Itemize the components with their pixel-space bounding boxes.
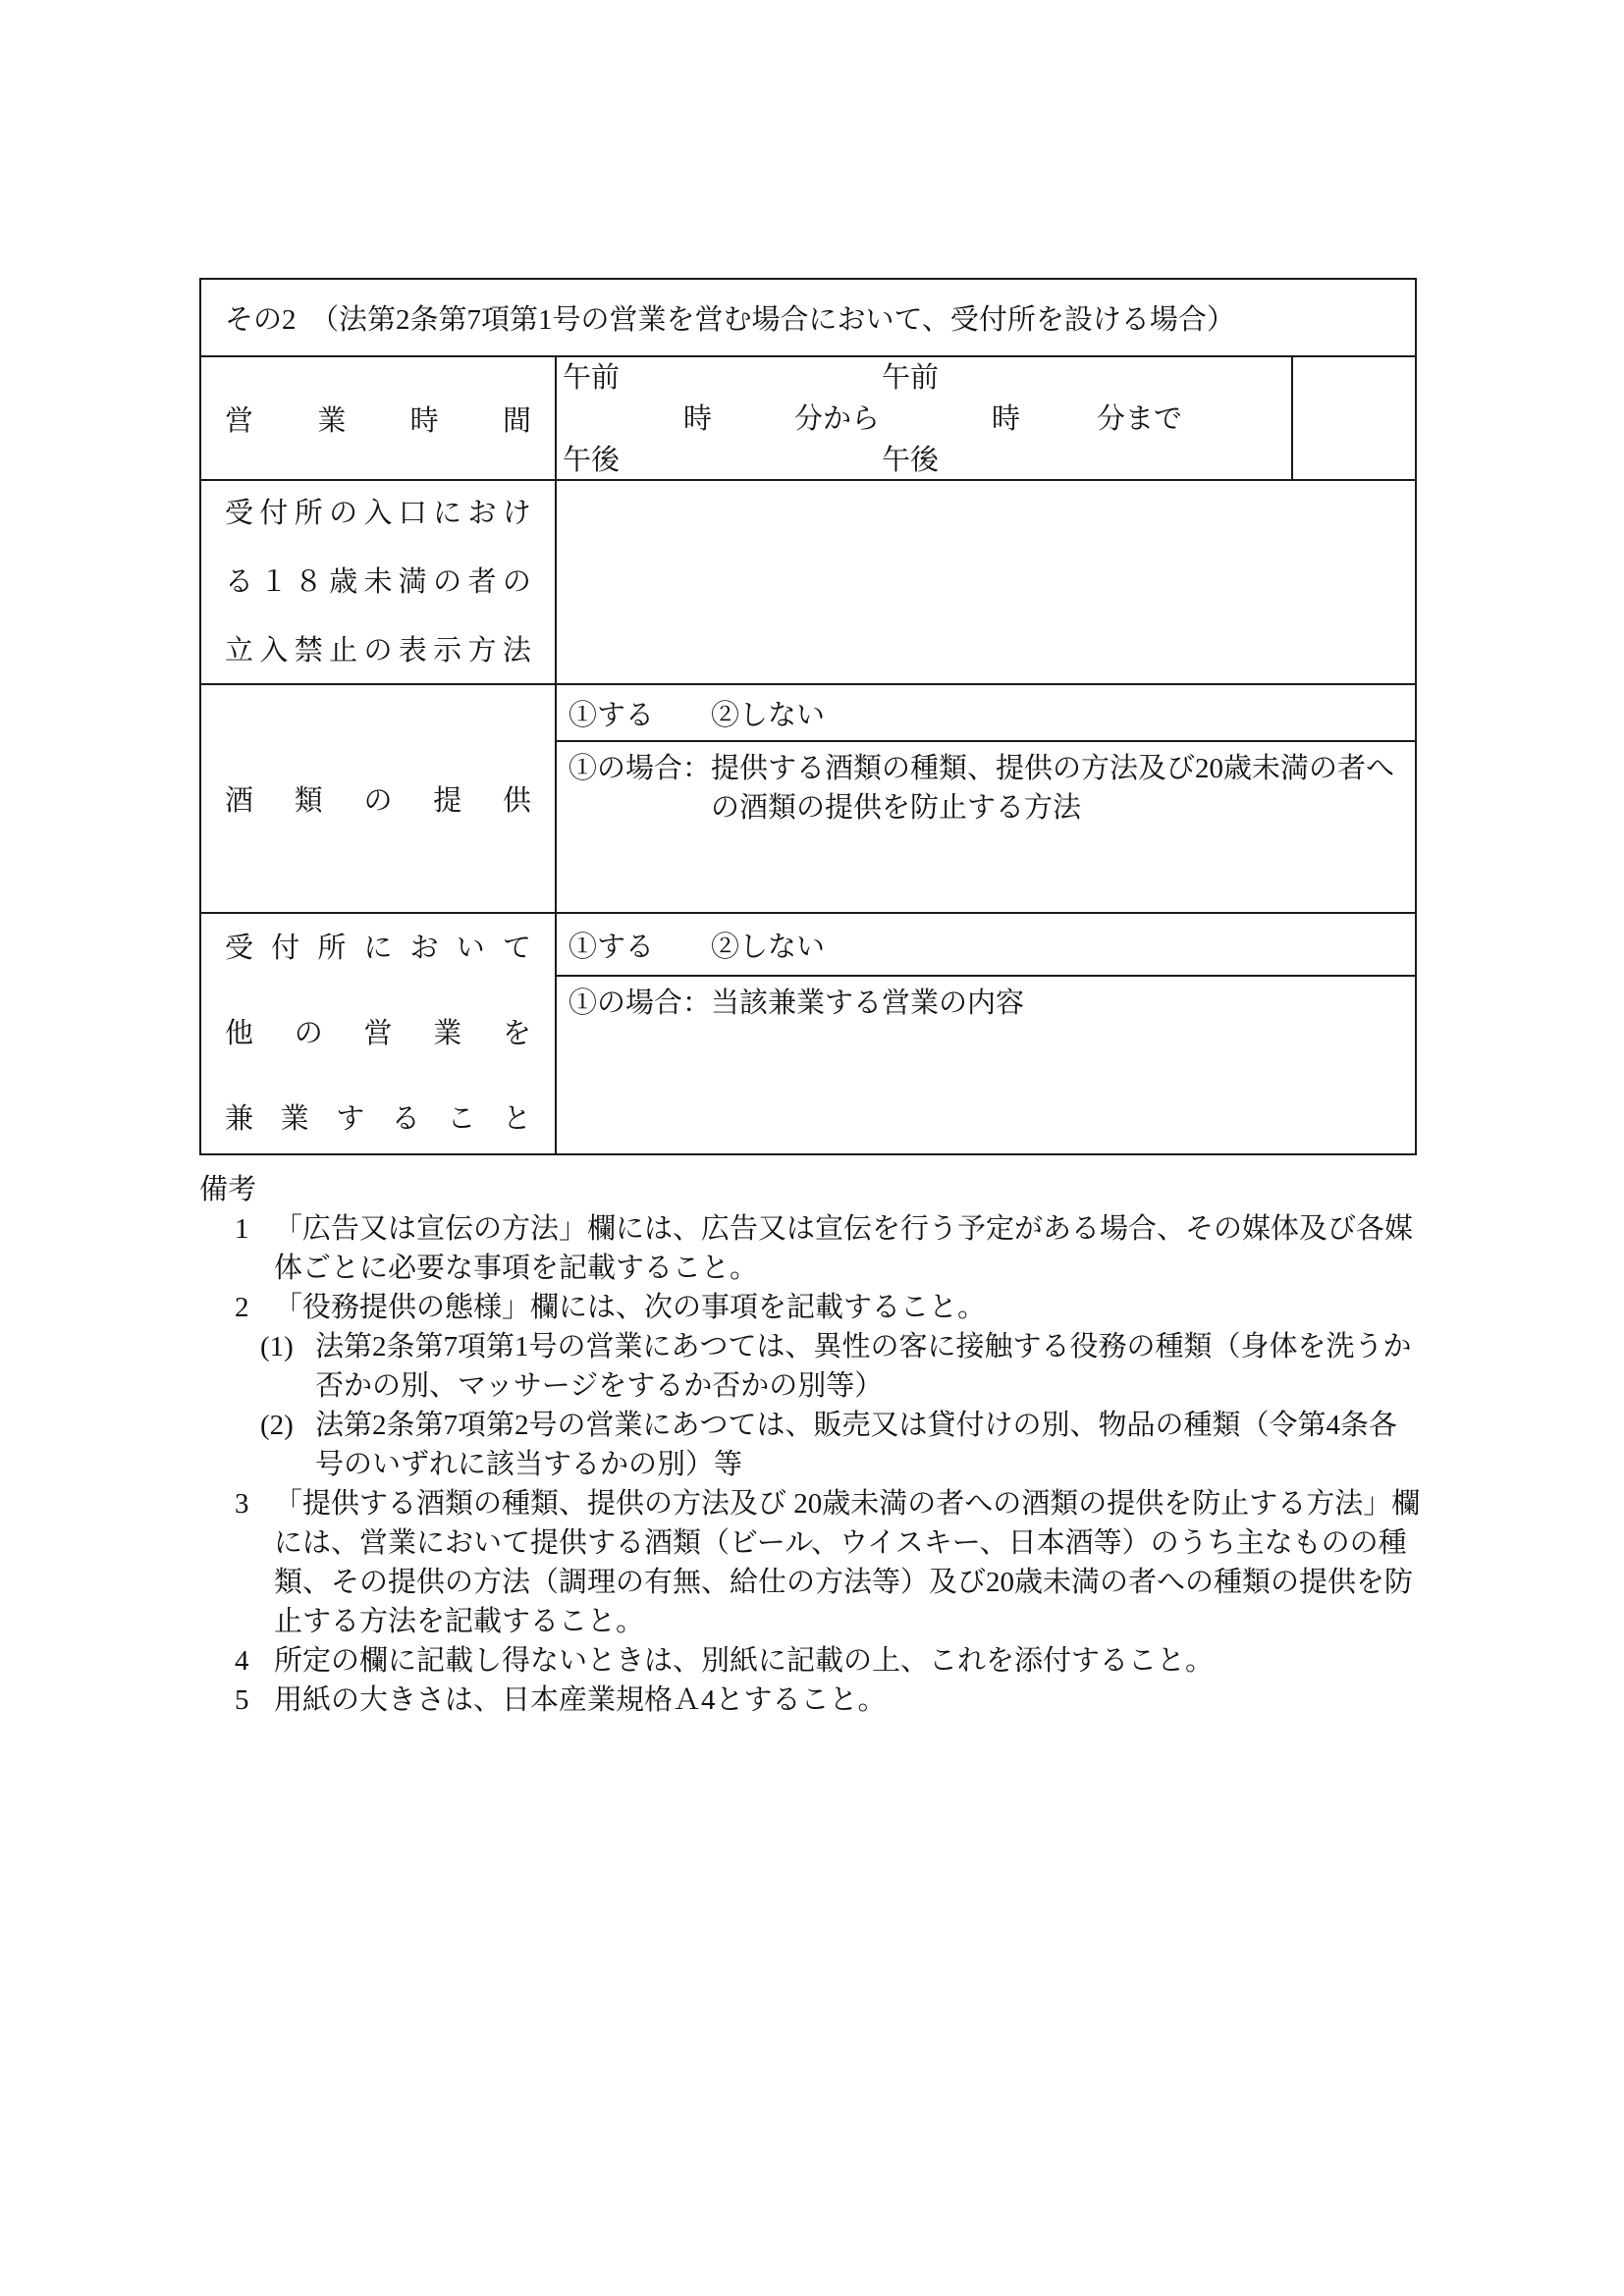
sideline-label-line3: 兼業すること <box>225 1100 531 1138</box>
hours-line-am: 午前 午前 <box>557 357 1415 399</box>
alcohol-label: 酒類の提供 <box>225 778 531 819</box>
minor-sign-label-line3: 立入禁止の表示方法 <box>225 632 531 669</box>
sideline-label-cell: 受付所において 他の営業を 兼業すること <box>201 914 557 1153</box>
alcohol-options-cell: ①する ②しない <box>557 685 1415 740</box>
business-hours-row: 営業時間 午前 午前 時 分から 時 分まで 午後 午後 <box>201 355 1415 479</box>
sideline-case-text: 当該兼業する営業の内容 <box>711 984 1403 1023</box>
business-hours-label-cell: 営業時間 <box>201 357 557 479</box>
sideline-row: 受付所において 他の営業を 兼業すること ①する ②しない ①の場合： 当該兼業… <box>201 912 1415 1153</box>
remark-number: 4 <box>235 1641 274 1681</box>
business-hours-value-cell: 午前 午前 時 分から 時 分まで 午後 午後 <box>557 357 1415 479</box>
remark-item-5: 5 用紙の大きさは、日本産業規格Ａ4とすること。 <box>199 1681 1423 1720</box>
remarks-heading: 備考 <box>199 1170 1423 1209</box>
hours-line-time: 時 分から 時 分まで <box>557 399 1415 440</box>
remark-number: 2 <box>235 1288 274 1327</box>
remark-number: 5 <box>235 1681 274 1720</box>
remark-item-2: 2 「役務提供の態様」欄には、次の事項を記載すること。 <box>199 1288 1423 1327</box>
hour-from-label: 時 <box>683 399 712 440</box>
sideline-case-prefix: ①の場合： <box>568 984 711 1023</box>
remark-item-2-2: (2) 法第2条第7項第2号の営業にあつては、販売又は貸付けの別、物品の種類（令… <box>199 1406 1423 1484</box>
pm-label-start: 午後 <box>563 440 620 481</box>
remark-text: 「広告又は宣伝の方法」欄には、広告又は宣伝を行う予定がある場合、その媒体及び各媒… <box>274 1209 1423 1288</box>
remark-text: 用紙の大きさは、日本産業規格Ａ4とすること。 <box>274 1681 1423 1720</box>
form-table: その2 （法第2条第7項第1号の営業を営む場合において、受付所を設ける場合） 営… <box>199 278 1417 1155</box>
sideline-case-cell: ①の場合： 当該兼業する営業の内容 <box>557 975 1415 1153</box>
sideline-value-cell: ①する ②しない ①の場合： 当該兼業する営業の内容 <box>557 914 1415 1153</box>
remark-number: 3 <box>235 1484 274 1523</box>
minute-from-label: 分から <box>794 399 880 440</box>
alcohol-options: ①する ②しない <box>568 693 825 733</box>
remark-text: 法第2条第7項第1号の営業にあつては、異性の客に接触する役務の種類（身体を洗うか… <box>315 1327 1423 1406</box>
alcohol-row: 酒類の提供 ①する ②しない ①の場合： 提供する酒類の種類、提供の方法及び20… <box>201 683 1415 912</box>
remark-number: (2) <box>260 1406 315 1445</box>
remark-text: 「提供する酒類の種類、提供の方法及び 20歳未満の者への酒類の提供を防止する方法… <box>274 1484 1423 1641</box>
alcohol-case-cell: ①の場合： 提供する酒類の種類、提供の方法及び20歳未満の者への酒類の提供を防止… <box>557 740 1415 912</box>
remark-item-2-1: (1) 法第2条第7項第1号の営業にあつては、異性の客に接触する役務の種類（身体… <box>199 1327 1423 1406</box>
sideline-options-cell: ①する ②しない <box>557 914 1415 975</box>
remark-text: 所定の欄に記載し得ないときは、別紙に記載の上、これを添付すること。 <box>274 1641 1423 1681</box>
business-hours-label: 営業時間 <box>225 399 531 439</box>
minor-sign-label-cell: 受付所の入口におけ る１８歳未満の者の 立入禁止の表示方法 <box>201 481 557 683</box>
am-label-end: 午前 <box>882 357 939 399</box>
alcohol-value-cell: ①する ②しない ①の場合： 提供する酒類の種類、提供の方法及び20歳未満の者へ… <box>557 685 1415 912</box>
alcohol-case-text: 提供する酒類の種類、提供の方法及び20歳未満の者への酒類の提供を防止する方法 <box>711 749 1403 828</box>
alcohol-case-prefix: ①の場合： <box>568 749 711 788</box>
hours-line-pm: 午後 午後 <box>557 440 1415 481</box>
form-title: その2 （法第2条第7項第1号の営業を営む場合において、受付所を設ける場合） <box>225 297 1235 338</box>
am-label-start: 午前 <box>563 357 620 399</box>
sideline-label-line2: 他の営業を <box>225 1015 531 1052</box>
minor-sign-value-cell <box>557 481 1415 683</box>
remark-item-1: 1 「広告又は宣伝の方法」欄には、広告又は宣伝を行う予定がある場合、その媒体及び… <box>199 1209 1423 1288</box>
remark-item-4: 4 所定の欄に記載し得ないときは、別紙に記載の上、これを添付すること。 <box>199 1641 1423 1681</box>
remark-item-3: 3 「提供する酒類の種類、提供の方法及び 20歳未満の者への酒類の提供を防止する… <box>199 1484 1423 1641</box>
pm-label-end: 午後 <box>882 440 939 481</box>
remark-number: (1) <box>260 1327 315 1366</box>
remarks-section: 備考 1 「広告又は宣伝の方法」欄には、広告又は宣伝を行う予定がある場合、その媒… <box>199 1170 1423 1720</box>
form-title-row: その2 （法第2条第7項第1号の営業を営む場合において、受付所を設ける場合） <box>201 280 1415 355</box>
minor-sign-label-line2: る１８歳未満の者の <box>225 563 531 601</box>
minor-sign-row: 受付所の入口におけ る１８歳未満の者の 立入禁止の表示方法 <box>201 479 1415 683</box>
remark-text: 「役務提供の態様」欄には、次の事項を記載すること。 <box>274 1288 1423 1327</box>
remark-number: 1 <box>235 1209 274 1249</box>
remark-text: 法第2条第7項第2号の営業にあつては、販売又は貸付けの別、物品の種類（令第4条各… <box>315 1406 1423 1484</box>
minute-to-label: 分まで <box>1097 399 1182 440</box>
hour-to-label: 時 <box>992 399 1020 440</box>
sideline-label-line1: 受付所において <box>225 930 531 967</box>
form-page: その2 （法第2条第7項第1号の営業を営む場合において、受付所を設ける場合） 営… <box>0 0 1624 2296</box>
alcohol-label-cell: 酒類の提供 <box>201 685 557 912</box>
minor-sign-label-line1: 受付所の入口におけ <box>225 495 531 532</box>
sideline-options: ①する ②しない <box>568 925 825 965</box>
